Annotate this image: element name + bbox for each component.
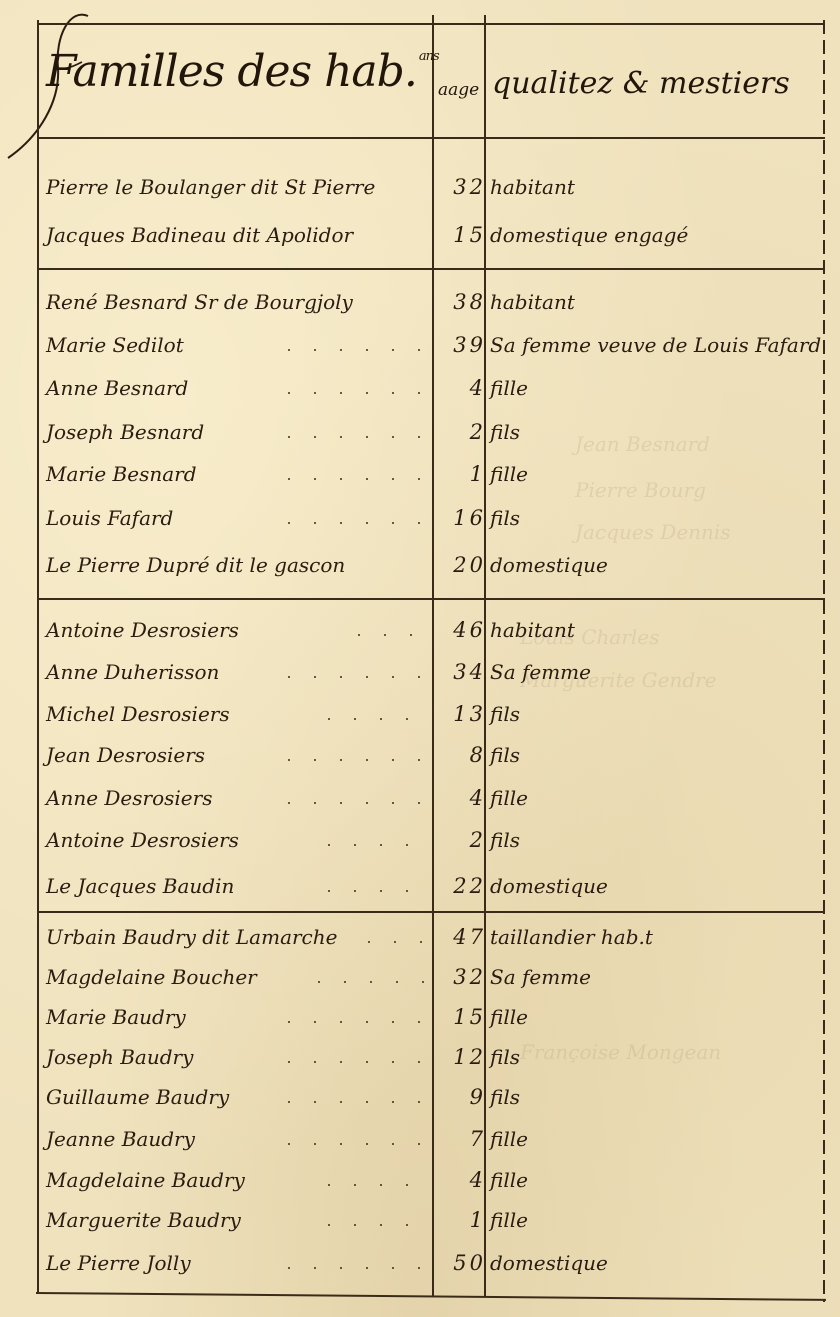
leader-dots [288, 349, 433, 351]
table-bottom-border [36, 1292, 826, 1301]
person-age: 15 [434, 223, 486, 247]
person-quality: fils [490, 1085, 520, 1109]
leader-dots [328, 890, 433, 892]
leader-dots [288, 1061, 433, 1063]
column-header-age: aage [438, 80, 479, 100]
leader-dots [288, 478, 433, 480]
person-quality: fils [490, 743, 520, 767]
person-age: 13 [434, 702, 486, 726]
person-quality: fille [490, 1127, 528, 1151]
person-name: Michel Desrosiers [46, 702, 230, 726]
leader-dots [288, 1021, 433, 1023]
table-row: Le Pierre Jolly 50 domestique [38, 1241, 825, 1281]
person-name: Pierre le Boulanger dit St Pierre [46, 175, 375, 199]
column-header-names: Familles des hab.ans [46, 46, 439, 97]
column-header-quality: qualitez & mestiers [492, 66, 790, 101]
person-quality: fils [490, 1045, 520, 1069]
leader-dots [368, 941, 433, 943]
person-name: Marguerite Baudry [46, 1208, 241, 1232]
table-row: Marguerite Baudry 1 fille [38, 1198, 825, 1238]
person-quality: domestique [490, 874, 608, 898]
leader-dots [288, 436, 433, 438]
person-quality: Sa femme veuve de Louis Fafard [490, 333, 821, 357]
person-age: 2 [434, 828, 486, 852]
leader-dots [288, 392, 433, 394]
table-row: Joseph Baudry 12 fils [38, 1035, 825, 1075]
table-row: Le Jacques Baudin 22 domestique [38, 864, 825, 904]
table-row: Marie Baudry 15 fille [38, 995, 825, 1035]
table-row: Antoine Desrosiers 46 habitant [38, 608, 825, 648]
person-name: Antoine Desrosiers [46, 618, 239, 642]
person-quality: domestique [490, 553, 608, 577]
person-name: Marie Sedilot [46, 333, 184, 357]
person-age: 38 [434, 290, 486, 314]
person-age: 16 [434, 506, 486, 530]
person-name: Le Pierre Dupré dit le gascon [46, 553, 345, 577]
person-age: 39 [434, 333, 486, 357]
person-age: 20 [434, 553, 486, 577]
person-quality: taillandier hab.t [490, 925, 653, 949]
person-quality: fils [490, 420, 520, 444]
table-row: Guillaume Baudry 9 fils [38, 1075, 825, 1115]
person-name: Anne Desrosiers [46, 786, 212, 810]
person-name: Antoine Desrosiers [46, 828, 239, 852]
table-row: Anne Besnard 4 fille [38, 366, 825, 406]
leader-dots [288, 1143, 433, 1145]
table-row: Joseph Besnard 2 fils [38, 410, 825, 450]
person-age: 7 [434, 1127, 486, 1151]
table-row: Jeanne Baudry 7 fille [38, 1117, 825, 1157]
person-quality: fille [490, 376, 528, 400]
person-quality: fille [490, 1208, 528, 1232]
leader-dots [288, 1101, 433, 1103]
table-row: Marie Besnard 1 fille [38, 452, 825, 492]
person-name: Magdelaine Boucher [46, 965, 257, 989]
table-row: Anne Duherisson 34 Sa femme [38, 650, 825, 690]
person-quality: habitant [490, 175, 575, 199]
table-row: Marie Sedilot 39 Sa femme veuve de Louis… [38, 323, 825, 363]
person-age: 8 [434, 743, 486, 767]
table-row: Magdelaine Boucher 32 Sa femme [38, 955, 825, 995]
person-name: Guillaume Baudry [46, 1085, 229, 1109]
person-quality: fille [490, 1168, 528, 1192]
header-names-superscript: ans [419, 49, 439, 64]
person-age: 9 [434, 1085, 486, 1109]
person-name: Anne Duherisson [46, 660, 219, 684]
person-name: Le Jacques Baudin [46, 874, 234, 898]
person-name: Urbain Baudry dit Lamarche [46, 925, 337, 949]
person-age: 50 [434, 1251, 486, 1275]
person-age: 34 [434, 660, 486, 684]
leader-dots [358, 634, 433, 636]
person-age: 4 [434, 376, 486, 400]
person-name: Jean Desrosiers [46, 743, 205, 767]
person-quality: fils [490, 506, 520, 530]
person-quality: Sa femme [490, 965, 591, 989]
table-row: Pierre le Boulanger dit St Pierre 32 hab… [38, 165, 825, 205]
person-name: Jacques Badineau dit Apolidor [46, 223, 353, 247]
person-age: 1 [434, 1208, 486, 1232]
person-age: 1 [434, 462, 486, 486]
person-quality: fille [490, 1005, 528, 1029]
table-row: René Besnard Sr de Bourgjoly 38 habitant [38, 280, 825, 320]
table-row: Michel Desrosiers 13 fils [38, 692, 825, 732]
person-name: Joseph Baudry [46, 1045, 193, 1069]
leader-dots [318, 981, 433, 983]
person-name: Jeanne Baudry [46, 1127, 195, 1151]
person-quality: Sa femme [490, 660, 591, 684]
person-quality: fils [490, 828, 520, 852]
table-row: Louis Fafard 16 fils [38, 496, 825, 536]
person-age: 12 [434, 1045, 486, 1069]
leader-dots [328, 1184, 433, 1186]
person-quality: fille [490, 786, 528, 810]
table-row: Anne Desrosiers 4 fille [38, 776, 825, 816]
leader-dots [328, 718, 433, 720]
header-names-text: Familles des hab. [46, 46, 417, 97]
person-quality: domestique engagé [490, 223, 688, 247]
person-quality: fille [490, 462, 528, 486]
leader-dots [288, 1267, 433, 1269]
table-row: Jean Desrosiers 8 fils [38, 733, 825, 773]
person-age: 46 [434, 618, 486, 642]
person-age: 4 [434, 1168, 486, 1192]
leader-dots [288, 802, 433, 804]
person-name: Magdelaine Baudry [46, 1168, 245, 1192]
person-name: René Besnard Sr de Bourgjoly [46, 290, 353, 314]
person-name: Marie Besnard [46, 462, 197, 486]
leader-dots [328, 844, 433, 846]
person-age: 32 [434, 965, 486, 989]
person-age: 2 [434, 420, 486, 444]
person-quality: habitant [490, 618, 575, 642]
register-page: Jean Besnard Pierre Bourg Jacques Dennis… [0, 0, 840, 1317]
table-row: Le Pierre Dupré dit le gascon 20 domesti… [38, 543, 825, 583]
table-row: Jacques Badineau dit Apolidor 15 domesti… [38, 213, 825, 253]
person-age: 22 [434, 874, 486, 898]
person-quality: fils [490, 702, 520, 726]
person-name: Joseph Besnard [46, 420, 204, 444]
table-row: Urbain Baudry dit Lamarche 47 taillandie… [38, 915, 825, 955]
person-name: Le Pierre Jolly [46, 1251, 191, 1275]
table-row: Antoine Desrosiers 2 fils [38, 818, 825, 858]
leader-dots [288, 759, 433, 761]
table-row: Magdelaine Baudry 4 fille [38, 1158, 825, 1198]
leader-dots [328, 1224, 433, 1226]
leader-dots [288, 676, 433, 678]
person-age: 15 [434, 1005, 486, 1029]
person-name: Anne Besnard [46, 376, 188, 400]
person-age: 32 [434, 175, 486, 199]
leader-dots [288, 522, 433, 524]
person-name: Louis Fafard [46, 506, 173, 530]
person-name: Marie Baudry [46, 1005, 186, 1029]
person-quality: domestique [490, 1251, 608, 1275]
person-quality: habitant [490, 290, 575, 314]
person-age: 4 [434, 786, 486, 810]
person-age: 47 [434, 925, 486, 949]
